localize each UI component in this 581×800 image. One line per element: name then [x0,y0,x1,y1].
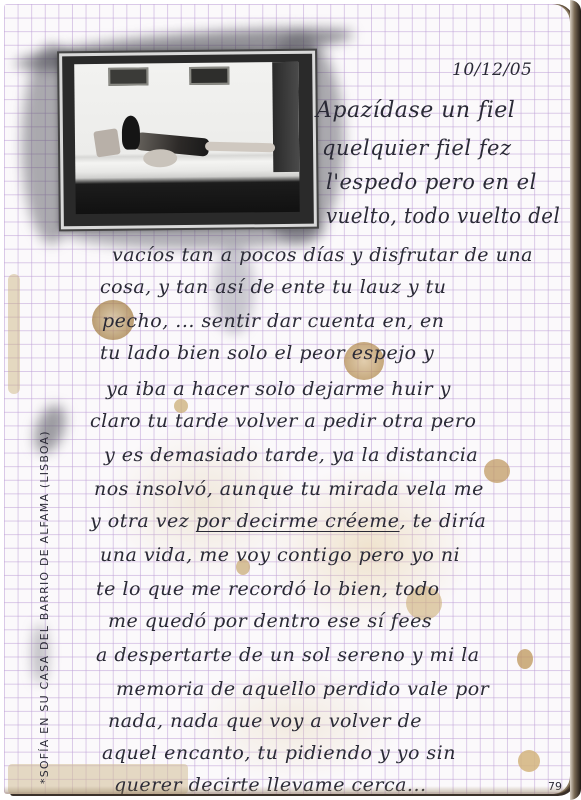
doorway [272,62,299,172]
underlined-phrase: por decirme créeme [196,510,400,532]
line-tail: , te diría [400,510,487,532]
handwritten-line: quelquier fiel fez [322,136,512,160]
line-start: y otra vez [90,510,189,532]
coffee-stain [484,459,510,483]
handwritten-line: claro tu tarde volver a pedir otra pero [90,410,476,432]
coffee-stain [518,750,540,772]
handwritten-line: nos insolvó, aunque tu mirada vela me [94,478,484,500]
coffee-stain [8,274,20,394]
notebook-cover-edge [570,0,581,800]
handwritten-line: y otra vez por decirme créeme, te diría [90,510,486,532]
vertical-caption: *SOFÍA EN SU CASA DEL BARRIO DE ALFAMA (… [38,430,51,784]
handwritten-line: ya iba a hacer solo dejarme huir y [106,378,451,400]
handwritten-line: y es demasiado tarde, ya la distancia [104,444,478,466]
handwritten-line: l'espedo pero en el [326,170,537,194]
handwritten-line: te lo que me recordó lo bien, todo [96,578,440,600]
handwritten-line: Apazídase un fiel [316,98,515,123]
coffee-stain [517,649,533,669]
dog-figure [143,149,177,167]
page-bottom-edge [4,786,570,794]
handwritten-line: nada, nada que voy a volver de [108,710,422,732]
handwritten-line: cosa, y tan así de ente tu lauz y tu [100,276,447,298]
photo-image [74,62,300,214]
handwritten-line: vacíos tan a pocos días y disfrutar de u… [112,244,533,266]
glued-photograph [59,51,317,230]
handwritten-line: a despertarte de un sol sereno y mi la [96,644,480,666]
wall-picture [108,67,148,85]
pillow [93,128,121,157]
handwritten-line: aquel encanto, tu pidiendo y yo sin [102,742,456,764]
handwritten-line: memoria de aquello perdido vale por [116,678,489,700]
handwritten-line: una vida, me voy contigo pero yo ni [100,544,460,566]
handwritten-line: vuelto, todo vuelto del [326,204,560,228]
notebook-page: 10/12/05 Apazídase un fiel quelquier fie… [4,4,570,794]
entry-date: 10/12/05 [452,60,532,80]
woman-legs [205,142,275,153]
handwritten-line: me quedó por dentro ese sí fees [108,610,432,632]
wall-picture [189,67,229,85]
woman-head [122,116,140,150]
handwritten-line: pecho, ... sentir dar cuenta en, en [102,310,445,332]
handwritten-line: tu lado bien solo el peor espejo y [100,342,434,364]
